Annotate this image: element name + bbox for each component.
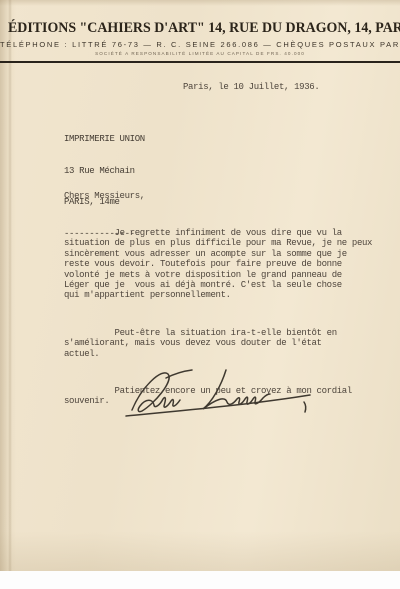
- letterhead-title-text: ÉDITIONS "CAHIERS D'ART" 14, RUE DU DRAG…: [8, 20, 400, 36]
- date-line: Paris, le 10 Juillet, 1936.: [183, 82, 319, 92]
- paper-sheet: ÉDITIONS "CAHIERS D'ART" 14, RUE DU DRAG…: [0, 0, 400, 571]
- recipient-name: IMPRIMERIE UNION: [64, 134, 145, 145]
- letterhead-company-line: SOCIÉTÉ A RESPONSABILITÉ LIMITÉE AU CAPI…: [0, 51, 400, 56]
- signature-ink-icon: [108, 358, 336, 428]
- letterhead: ÉDITIONS "CAHIERS D'ART" 14, RUE DU DRAG…: [0, 19, 400, 56]
- salutation: Chers Messieurs,: [64, 191, 396, 201]
- body-paragraph-2: Peut-être la situation ira-t-elle bientô…: [64, 328, 396, 359]
- body-paragraph-1: Je regrette infiniment de vous dire que …: [64, 228, 396, 301]
- handwritten-signature: [108, 358, 336, 428]
- letter-photo: ÉDITIONS "CAHIERS D'ART" 14, RUE DU DRAG…: [0, 0, 400, 589]
- letterhead-contact-line: TÉLÉPHONE : LITTRÉ 76-73 — R. C. SEINE 2…: [0, 40, 400, 49]
- letterhead-rule: [0, 61, 400, 63]
- letterhead-title: ÉDITIONS "CAHIERS D'ART" 14, RUE DU DRAG…: [8, 19, 392, 37]
